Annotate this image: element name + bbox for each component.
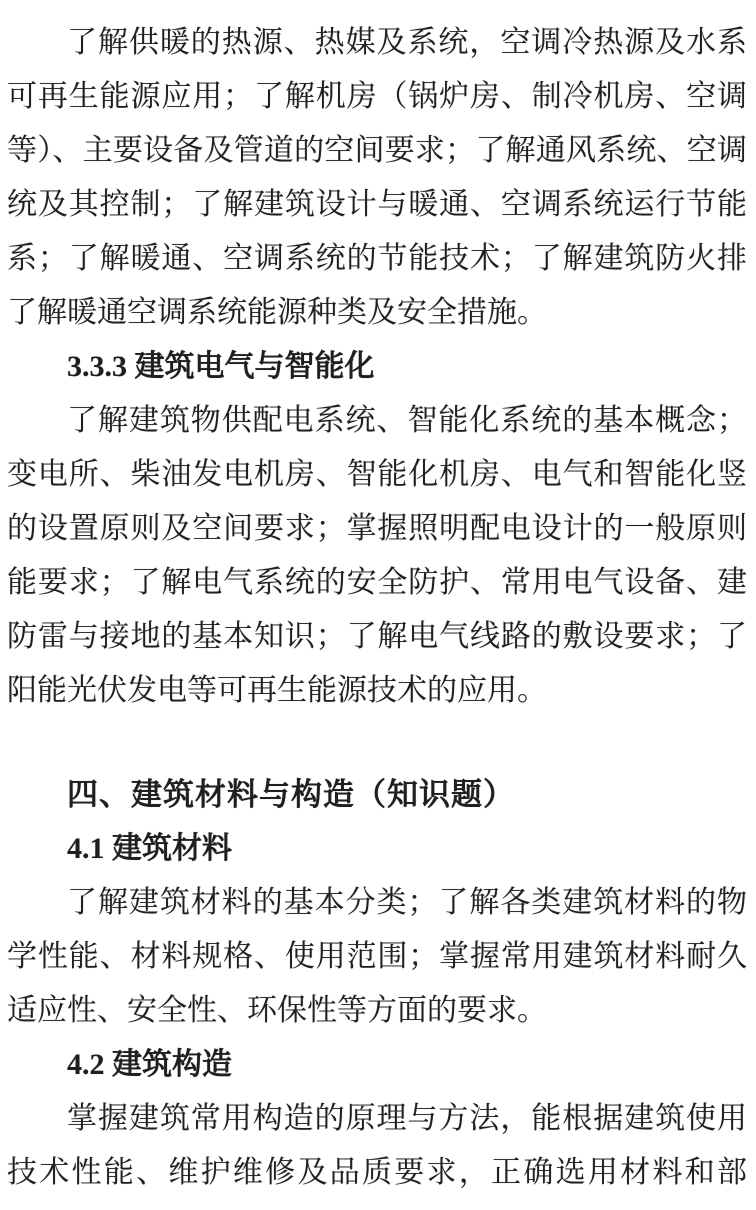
body-line: 了解供暖的热源、热媒及系统，空调冷热源及水系统， [7, 16, 747, 70]
body-line: 可再生能源应用；了解机房（锅炉房、制冷机房、空调机房 [7, 70, 747, 124]
heading-3-3-3: 3.3.3 建筑电气与智能化 [7, 340, 747, 394]
body-line: 阳能光伏发电等可再生能源技术的应用。 [7, 664, 747, 718]
body-line: 防雷与接地的基本知识；了解电气线路的敷设要求；了解太 [7, 610, 747, 664]
body-line: 学性能、材料规格、使用范围；掌握常用建筑材料耐久性、 [7, 930, 747, 984]
paragraph-gap [7, 718, 747, 768]
body-line: 掌握建筑常用构造的原理与方法，能根据建筑使用功能、 [7, 1092, 747, 1146]
heading-4-1: 4.1 建筑材料 [7, 822, 747, 876]
heading-4-2: 4.2 建筑构造 [7, 1038, 747, 1092]
body-line: 技术性能、维护维修及品质要求，正确选用材料和部品，合 [7, 1146, 747, 1200]
body-line: 变电所、柴油发电机房、智能化机房、电气和智能化竖井等 [7, 448, 747, 502]
document-page: 了解供暖的热源、热媒及系统，空调冷热源及水系统， 可再生能源应用；了解机房（锅炉… [0, 0, 756, 1210]
body-line: 能要求；了解电气系统的安全防护、常用电气设备、建筑物 [7, 556, 747, 610]
body-line: 系；了解暖通、空调系统的节能技术；了解建筑防火排烟； [7, 232, 747, 286]
body-line: 的设置原则及空间要求；掌握照明配电设计的一般原则及节 [7, 502, 747, 556]
body-line: 适应性、安全性、环保性等方面的要求。 [7, 984, 747, 1038]
heading-section-4: 四、建筑材料与构造（知识题） [7, 768, 747, 822]
body-line: 了解暖通空调系统能源种类及安全措施。 [7, 286, 747, 340]
body-line: 了解建筑材料的基本分类；了解各类建筑材料的物理化 [7, 876, 747, 930]
body-line: 统及其控制；了解建筑设计与暖通、空调系统运行节能的关 [7, 178, 747, 232]
body-line: 了解建筑物供配电系统、智能化系统的基本概念；掌握 [7, 394, 747, 448]
body-line: 等）、主要设备及管道的空间要求；了解通风系统、空调系 [7, 124, 747, 178]
